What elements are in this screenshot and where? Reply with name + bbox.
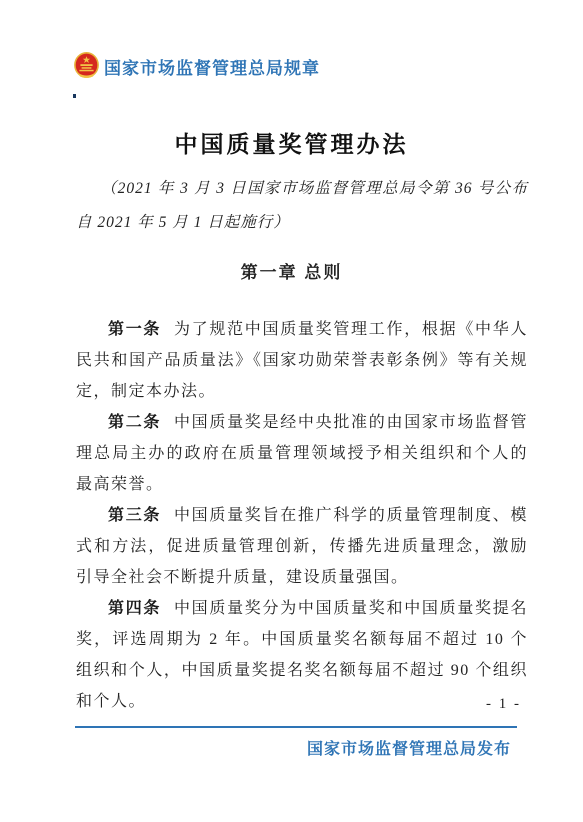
article-2-label: 第二条 — [108, 414, 161, 431]
national-emblem-icon — [74, 52, 99, 80]
document-page: 国家市场监督管理总局规章 中国质量奖管理办法 （2021 年 3 月 3 日国家… — [0, 0, 583, 822]
publisher-label: 国家市场监督管理总局发布 — [307, 736, 511, 759]
chapter-heading: 第一章 总则 — [0, 258, 583, 283]
article-4-label: 第四条 — [108, 600, 161, 617]
page-number: - 1 - — [486, 696, 521, 713]
stray-mark — [73, 94, 76, 98]
article-3-label: 第三条 — [108, 507, 161, 524]
article-3: 第三条中国质量奖旨在推广科学的质量管理制度、模式和方法，促进质量管理创新，传播先… — [76, 500, 528, 593]
article-1-label: 第一条 — [108, 321, 161, 338]
document-title: 中国质量奖管理办法 — [0, 126, 583, 159]
agency-title: 国家市场监督管理总局规章 — [104, 54, 320, 79]
article-4: 第四条中国质量奖分为中国质量奖和中国质量奖提名奖，评选周期为 2 年。中国质量奖… — [76, 593, 528, 717]
document-body: 第一条为了规范中国质量奖管理工作，根据《中华人民共和国产品质量法》《国家功勋荣誉… — [76, 314, 528, 717]
promulgation-note: （2021 年 3 月 3 日国家市场监督管理总局令第 36 号公布 自 202… — [76, 172, 528, 240]
article-2: 第二条中国质量奖是经中央批准的由国家市场监督管理总局主办的政府在质量管理领域授予… — [76, 407, 528, 500]
document-header: 国家市场监督管理总局规章 — [74, 52, 320, 80]
footer-divider — [75, 726, 517, 728]
article-1: 第一条为了规范中国质量奖管理工作，根据《中华人民共和国产品质量法》《国家功勋荣誉… — [76, 314, 528, 407]
